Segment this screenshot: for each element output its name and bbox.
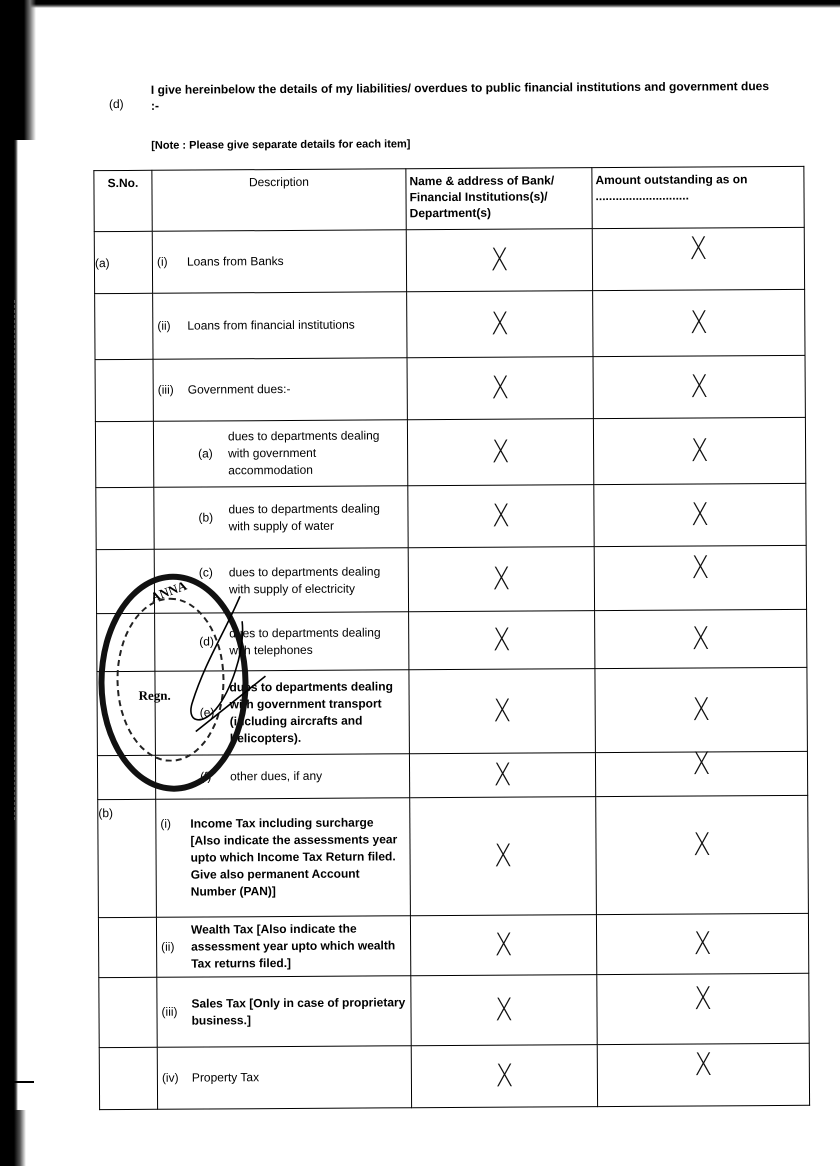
table-row: (a) dues to departments dealing with gov… [95,417,805,487]
row-description: dues to departments dealing with governm… [228,427,403,479]
cross-mark-icon: X [492,564,510,595]
header-bank: Name & address of Bank/ Financial Instit… [406,168,592,230]
row-amount-cell: X [597,1043,809,1106]
row-amount-cell: X [593,355,805,418]
cross-mark-icon: X [494,760,512,791]
row-bank-cell: X [411,975,597,1046]
cross-mark-icon: X [691,435,709,466]
row-sno [95,421,153,487]
row-marker: (iii) [161,1004,191,1021]
row-amount-cell: X [595,609,807,668]
row-bank-cell: X [410,915,596,976]
cross-mark-icon: X [693,748,711,779]
row-bank-cell: X [406,229,592,292]
row-description: Income Tax including surcharge [Also ind… [190,814,406,900]
row-description-cell: (i) Income Tax including surcharge [Also… [156,798,411,918]
cross-mark-icon: X [690,307,708,338]
row-sno [97,671,156,755]
table-row: (d) dues to departments dealing with tel… [97,609,807,671]
row-description-cell: (c) dues to departments dealing with sup… [154,548,408,614]
cross-mark-icon: X [693,829,711,860]
cross-mark-icon: X [694,983,712,1014]
row-amount-cell: X [596,795,809,914]
row-amount-cell: X [597,973,809,1044]
row-amount-cell: X [594,545,806,610]
cross-mark-icon: X [490,245,508,276]
cross-mark-icon: X [691,552,709,583]
row-bank-cell: X [410,797,597,916]
row-marker: (c) [199,564,229,581]
row-description-cell: (iii) Government dues:- [153,358,407,422]
header-description: Description [152,169,406,232]
row-description-cell: (iv) Property Tax [157,1046,411,1110]
intro-section: (d) I give hereinbelow the details of my… [109,78,769,82]
row-description-cell: (d) dues to departments dealing with tel… [155,612,409,672]
liabilities-statement: I give hereinbelow the details of my lia… [151,78,771,114]
row-marker: (a) [198,445,228,462]
row-bank-cell: X [407,419,593,486]
cross-mark-icon: X [495,1061,513,1092]
cross-mark-icon: X [491,309,509,340]
row-amount-cell: X [592,227,804,290]
liabilities-table: S.No. Description Name & address of Bank… [93,166,810,1110]
row-sno [96,549,154,613]
row-amount-cell: X [596,913,808,974]
row-sno [97,613,155,671]
table-row: (iii) Sales Tax [Only in case of proprie… [99,973,809,1047]
row-description-cell: (f) other dues, if any [155,754,409,800]
row-description: dues to departments dealing with telepho… [229,624,404,659]
row-marker: (iii) [158,382,188,399]
instruction-note: [Note : Please give separate details for… [151,136,410,154]
row-bank-cell: X [409,611,595,670]
cross-mark-icon: X [692,623,710,654]
row-description: dues to departments dealing with governm… [229,678,404,747]
table-row: (b) dues to departments dealing with sup… [96,483,806,549]
row-description: Loans from Banks [187,252,402,270]
cross-mark-icon: X [493,625,511,656]
cross-mark-icon: X [492,437,510,468]
row-sno: (a) [94,231,152,293]
row-description-cell: (i) Loans from Banks [152,230,406,294]
row-marker: (ii) [157,318,187,335]
row-description: Property Tax [192,1068,407,1086]
row-bank-cell: X [408,547,594,612]
table-row: (ii) Loans from financial institutions X… [95,289,805,359]
cross-mark-icon: X [694,928,712,959]
row-sno [95,359,153,421]
cross-mark-icon: X [492,501,510,532]
row-bank-cell: X [407,291,593,358]
row-bank-cell: X [408,485,594,548]
table-row: (f) other dues, if any X X [97,751,807,799]
row-description: Sales Tax [Only in case of proprietary b… [191,994,406,1029]
row-marker: (i) [157,254,187,271]
item-number: (d) [109,96,124,112]
row-sno [95,293,153,359]
row-marker: (f) [200,768,230,785]
cross-mark-icon: X [493,696,511,727]
row-marker: (ii) [161,939,191,956]
row-description-cell: (ii) Loans from financial institutions [153,292,407,360]
table-header-row: S.No. Description Name & address of Bank… [94,166,804,231]
row-description-cell: (e) dues to departments dealing with gov… [155,670,410,756]
document-page: (d) I give hereinbelow the details of my… [0,0,840,1166]
row-marker: (i) [160,816,190,833]
row-marker: (d) [199,633,229,650]
row-description: dues to departments dealing with supply … [229,563,404,598]
cross-mark-icon: X [692,694,710,725]
cross-mark-icon: X [491,373,509,404]
row-amount-cell: X [595,751,807,796]
row-bank-cell: X [409,753,595,798]
row-bank-cell: X [411,1045,597,1108]
cross-mark-icon: X [691,499,709,530]
row-description-cell: (a) dues to departments dealing with gov… [153,420,407,488]
row-marker: (b) [198,509,228,526]
row-description: other dues, if any [230,767,405,785]
row-amount-cell: X [593,289,805,356]
row-sno: (b) [98,799,157,917]
header-amount: Amount outstanding as on ...............… [592,166,804,228]
cross-mark-icon: X [494,841,512,872]
cross-mark-icon: X [690,371,708,402]
cross-mark-icon: X [495,930,513,961]
table-row: (ii) Wealth Tax [Also indicate the asses… [98,913,808,977]
row-description-cell: (b) dues to departments dealing with sup… [154,486,408,550]
row-sno [99,977,157,1047]
row-description-cell: (iii) Sales Tax [Only in case of proprie… [157,976,411,1048]
row-description: Wealth Tax [Also indicate the assessment… [191,920,406,972]
row-bank-cell: X [409,669,596,754]
row-description: Government dues:- [188,380,403,398]
row-description: Loans from financial institutions [187,316,402,334]
header-sno: S.No. [94,170,152,231]
table-row: (a) (i) Loans from Banks X X [94,227,804,293]
table-row: (iv) Property Tax X X [99,1043,809,1109]
row-description-cell: (ii) Wealth Tax [Also indicate the asses… [156,916,410,978]
cross-mark-icon: X [694,1049,712,1080]
table-row: (b) (i) Income Tax including surcharge [… [98,795,809,917]
row-description: dues to departments dealing with supply … [228,500,403,535]
row-amount-cell: X [593,417,805,484]
cross-mark-icon: X [495,995,513,1026]
table-row: (e) dues to departments dealing with gov… [97,667,807,755]
row-amount-cell: X [595,667,808,752]
table-row: (iii) Government dues:- X X [95,355,805,421]
cross-mark-icon: X [689,233,707,264]
row-sno [99,1047,157,1109]
row-bank-cell: X [407,357,593,420]
row-sno [96,487,154,549]
row-sno [97,755,155,799]
row-marker: (iv) [162,1070,192,1087]
row-sno [98,917,156,977]
row-marker: (e) [200,704,230,721]
table-row: (c) dues to departments dealing with sup… [96,545,806,613]
row-amount-cell: X [594,483,806,546]
